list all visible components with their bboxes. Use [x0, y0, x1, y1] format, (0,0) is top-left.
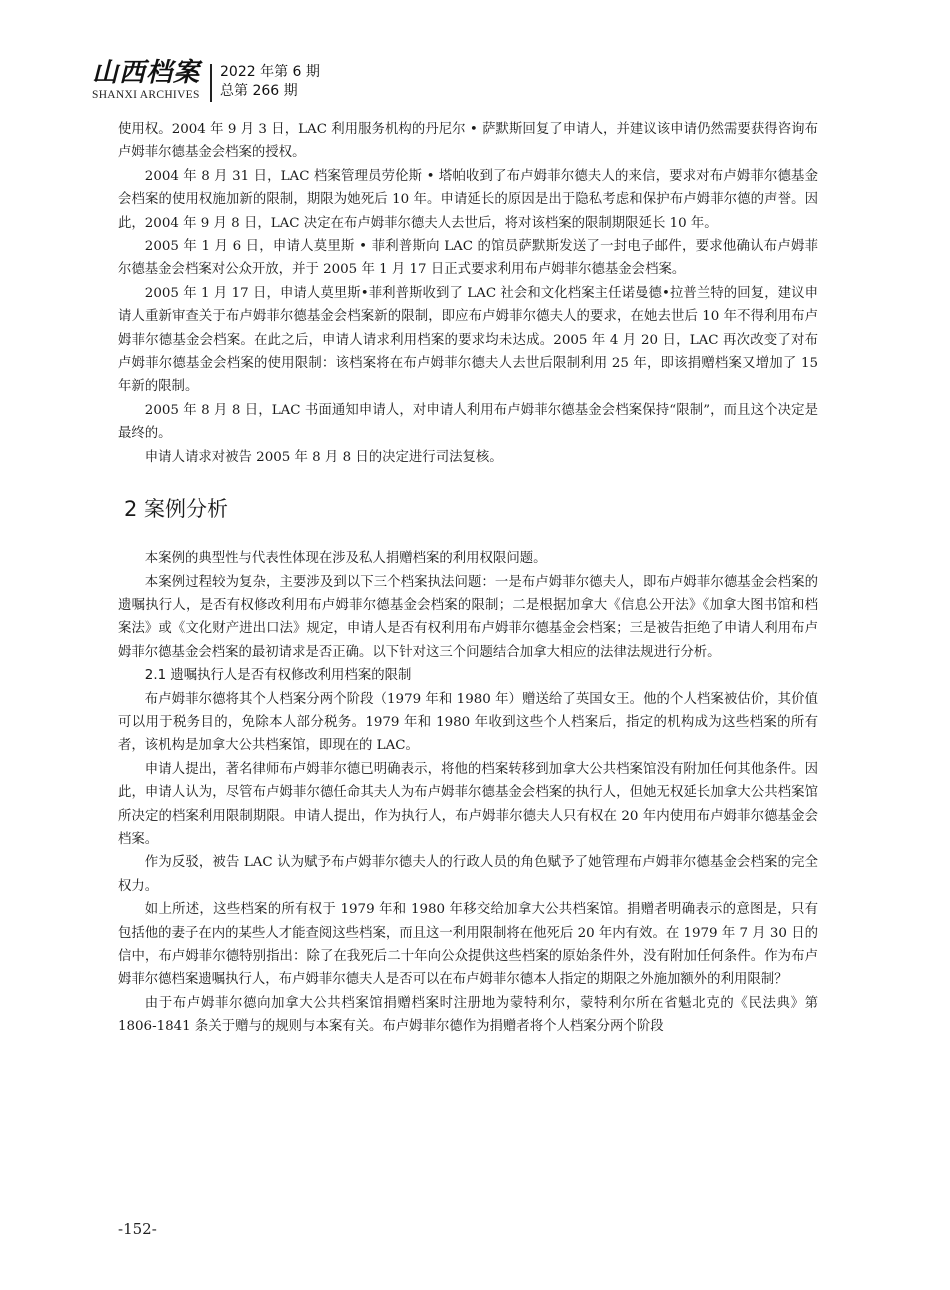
page-number: -152-: [118, 1220, 157, 1238]
logo-chinese-title: 山西档案: [92, 58, 200, 88]
paragraph: 作为反驳，被告 LAC 认为赋予布卢姆菲尔德夫人的行政人员的角色赋予了她管理布卢…: [118, 851, 818, 898]
paragraph: 如上所述，这些档案的所有权于 1979 年和 1980 年移交给加拿大公共档案馆…: [118, 898, 818, 992]
paragraph: 本案例的典型性与代表性体现在涉及私人捐赠档案的利用权限问题。: [118, 547, 818, 570]
issue-year-number: 2022 年第 6 期: [220, 63, 320, 82]
journal-header: 山西档案 SHANXI ARCHIVES 2022 年第 6 期 总第 266 …: [92, 58, 320, 102]
section-heading: 2 案例分析: [124, 495, 818, 523]
paragraph: 申请人提出，著名律师布卢姆菲尔德已明确表示，将他的档案转移到加拿大公共档案馆没有…: [118, 758, 818, 852]
header-divider: [210, 64, 212, 102]
issue-total-number: 总第 266 期: [220, 82, 320, 101]
paragraph: 申请人请求对被告 2005 年 8 月 8 日的决定进行司法复核。: [118, 446, 818, 469]
paragraph: 2004 年 8 月 31 日，LAC 档案管理员劳伦斯 • 塔帕收到了布卢姆菲…: [118, 165, 818, 235]
article-body: 使用权。2004 年 9 月 3 日，LAC 利用服务机构的丹尼尔 • 萨默斯回…: [118, 118, 818, 1039]
journal-logo: 山西档案 SHANXI ARCHIVES: [92, 58, 210, 102]
paragraph: 由于布卢姆菲尔德向加拿大公共档案馆捐赠档案时注册地为蒙特利尔，蒙特利尔所在省魁北…: [118, 992, 818, 1039]
paragraph: 布卢姆菲尔德将其个人档案分两个阶段（1979 年和 1980 年）赠送给了英国女…: [118, 688, 818, 758]
paragraph: 2005 年 1 月 17 日，申请人莫里斯•菲利普斯收到了 LAC 社会和文化…: [118, 282, 818, 399]
logo-english-title: SHANXI ARCHIVES: [92, 89, 200, 102]
issue-info: 2022 年第 6 期 总第 266 期: [220, 58, 320, 102]
subsection-heading: 2.1 遗嘱执行人是否有权修改利用档案的限制: [118, 664, 818, 687]
paragraph: 本案例过程较为复杂，主要涉及到以下三个档案执法问题：一是布卢姆菲尔德夫人，即布卢…: [118, 571, 818, 665]
paragraph: 使用权。2004 年 9 月 3 日，LAC 利用服务机构的丹尼尔 • 萨默斯回…: [118, 118, 818, 165]
paragraph: 2005 年 1 月 6 日，申请人莫里斯 • 菲利普斯向 LAC 的馆员萨默斯…: [118, 235, 818, 282]
paragraph: 2005 年 8 月 8 日，LAC 书面通知申请人，对申请人利用布卢姆菲尔德基…: [118, 399, 818, 446]
